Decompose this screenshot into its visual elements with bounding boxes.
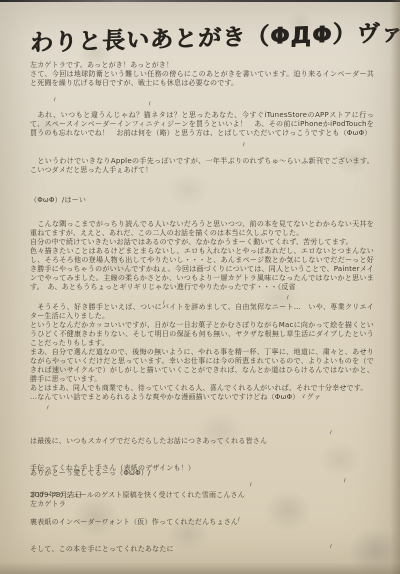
emoticon-line: （ΦωΦ）/はーい xyxy=(30,196,374,205)
invader-paragraph: あれ、いつもと違うんじゃね？猫ネタは？と思ったあなた、今すぐiTunesStor… xyxy=(30,111,374,138)
ink-fleck xyxy=(149,101,153,106)
scan-edge-right xyxy=(390,0,400,574)
intro-line-1: 左カゲトラです。あっとがき！あっとがき！ xyxy=(30,61,173,69)
ink-fleck xyxy=(46,405,51,411)
intro-line-2: さて、今回は地球防衛という難しい任務の傍らにこのあとがきを書いています。迫り来る… xyxy=(30,70,374,87)
scan-edge-top xyxy=(0,0,400,2)
main-paragraph-1: こんな隅っこまでがっちり読んでる人いないだろうと思いつつ、前の本を見てないとわか… xyxy=(30,220,374,292)
credit-line: は最後に、いつもスカイプでだらだらしたお話につきあってくれる皆さん xyxy=(30,437,374,446)
main-paragraph-2: そうそう、好き勝手といえば、ついにバイトを辞めまして、自由気侭なニート… いや、… xyxy=(30,303,374,402)
apple-paragraph: というわけでいきなりAppleの手先っぽいですが、一年半ぶりのれずちゅ〜らいふ新… xyxy=(30,157,374,175)
ink-fleck xyxy=(286,295,290,301)
date-line: 2009年8月吉日 xyxy=(30,491,374,500)
credit-line: 裏表紙のインベーダーフォント（仮）作ってくれただんちょさん xyxy=(30,518,374,527)
ink-fleck xyxy=(53,97,57,103)
credit-line: そして、この本を手にとってくれたあなたに xyxy=(30,545,374,554)
scan-edge-bottom xyxy=(0,562,400,574)
afterword-title: わりと長いあとがき（ΦДΦ）ヴァー xyxy=(30,15,361,57)
intro-paragraph: 左カゲトラです。あっとがき！あっとがき！ さて、今回は地球防衛という難しい任務の… xyxy=(30,61,374,88)
scanned-afterword-page: わりと長いあとがき（ΦДΦ）ヴァー 左カゲトラです。あっとがき！あっとがき！ さ… xyxy=(0,0,400,574)
ink-fleck xyxy=(242,142,246,148)
signature: 左カゲトラ xyxy=(30,500,374,509)
thanks-line: ありがとーう愛してるーっ（ΦωΦ）/ xyxy=(30,469,374,478)
